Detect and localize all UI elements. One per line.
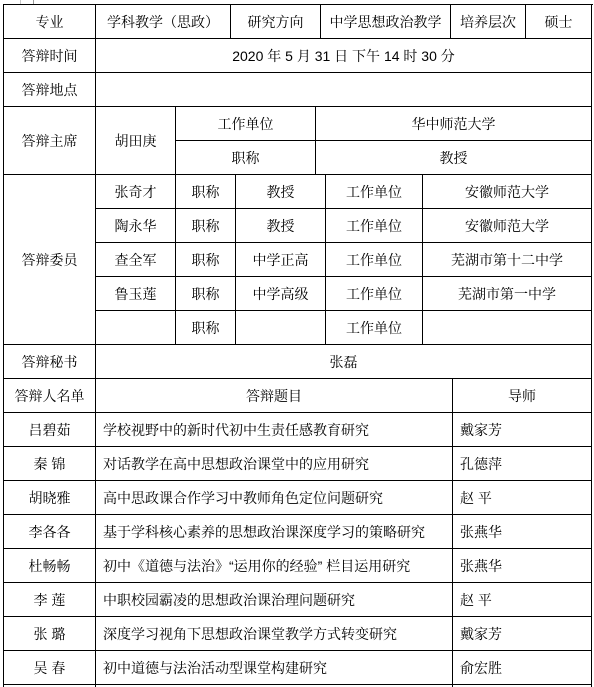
defense-arrangement-table: 专业 学科教学（思政） 研究方向 中学思想政治教学 培养层次 硕士 答辩时间 2…	[3, 4, 593, 687]
chairman-name-cell: 胡田庚	[96, 107, 176, 175]
list-header-name-cell: 答辩人名单	[4, 379, 96, 413]
member-workunit-label-cell: 工作单位	[326, 243, 423, 277]
member-workunit-value-cell	[423, 311, 592, 345]
member-title-label-cell: 职称	[176, 243, 236, 277]
member-title-label-cell: 职称	[176, 277, 236, 311]
advisor-name-cell: 俞宏胜	[453, 651, 592, 685]
list-header-topic-cell: 答辩题目	[96, 379, 453, 413]
level-label-cell: 培养层次	[451, 5, 526, 39]
member-workunit-label-cell: 工作单位	[326, 311, 423, 345]
student-name-cell: 李各各	[4, 515, 96, 549]
secretary-name-cell: 张磊	[96, 345, 592, 379]
defense-list-row: 胡晓雅 高中思政课合作学习中教师角色定位问题研究 赵 平	[4, 481, 593, 515]
student-name-cell: 吴 春	[4, 651, 96, 685]
advisor-name-cell: 赵 平	[453, 481, 592, 515]
secretary-row: 答辩秘书 张磊	[4, 345, 593, 379]
thesis-topic-cell: 初中《道德与法治》“运用你的经验” 栏目运用研究	[96, 549, 453, 583]
defense-list-row: 李各各 基于学科核心素养的思想政治课深度学习的策略研究 张燕华	[4, 515, 593, 549]
committee-member-row: 职称 工作单位	[96, 311, 592, 345]
advisor-name-cell: 戴家芳	[453, 413, 592, 447]
member-title-value-cell: 中学高级	[236, 277, 326, 311]
thesis-topic-cell: 基于学科核心素养的思想政治课深度学习的策略研究	[96, 515, 453, 549]
member-title-value-cell: 教授	[236, 175, 326, 209]
chairman-workunit-label-cell: 工作单位	[176, 107, 316, 141]
defense-list-row: 杜畅畅 初中《道德与法治》“运用你的经验” 栏目运用研究 张燕华	[4, 549, 593, 583]
member-workunit-value-cell: 芜湖市第十二中学	[423, 243, 592, 277]
chairman-title-label-cell: 职称	[176, 141, 316, 175]
major-value-cell: 学科教学（思政）	[96, 5, 231, 39]
thesis-topic-cell: 初中道德与法治活动型课堂构建研究	[96, 651, 453, 685]
member-workunit-label-cell: 工作单位	[326, 175, 423, 209]
committee-member-row: 张奇才 职称 教授 工作单位 安徽师范大学	[96, 175, 592, 209]
member-workunit-label-cell: 工作单位	[326, 209, 423, 243]
chairman-title-row: 职称 教授	[176, 141, 592, 175]
student-name-cell: 杜畅畅	[4, 549, 96, 583]
member-title-label-cell: 职称	[176, 175, 236, 209]
advisor-name-cell: 张燕华	[453, 549, 592, 583]
committee-member-row: 陶永华 职称 教授 工作单位 安徽师范大学	[96, 209, 592, 243]
defense-place-label-cell: 答辩地点	[4, 73, 96, 107]
student-name-cell: 李 莲	[4, 583, 96, 617]
defense-list-header-row: 答辩人名单 答辩题目 导师	[4, 379, 593, 413]
member-title-label-cell: 职称	[176, 209, 236, 243]
thesis-topic-cell: 对话教学在高中思想政治课堂中的应用研究	[96, 447, 453, 481]
committee-members-column: 张奇才 职称 教授 工作单位 安徽师范大学 陶永华 职称 教授 工作单位 安徽师…	[96, 175, 592, 345]
defense-time-value-cell: 2020 年 5 月 31 日 下午 14 时 30 分	[96, 39, 592, 73]
thesis-topic-cell: 中职校园霸凌的思想政治课治理问题研究	[96, 583, 453, 617]
advisor-name-cell: 孔德萍	[453, 447, 592, 481]
student-name-cell: 吕碧茹	[4, 413, 96, 447]
defense-place-row: 答辩地点	[4, 73, 593, 107]
member-workunit-value-cell: 安徽师范大学	[423, 175, 592, 209]
defense-list-row: 秦 锦 对话教学在高中思想政治课堂中的应用研究 孔德萍	[4, 447, 593, 481]
member-name-cell: 鲁玉莲	[96, 277, 176, 311]
spreadsheet-canvas: 专业 学科教学（思政） 研究方向 中学思想政治教学 培养层次 硕士 答辩时间 2…	[0, 0, 594, 687]
member-name-cell: 张奇才	[96, 175, 176, 209]
member-workunit-value-cell: 安徽师范大学	[423, 209, 592, 243]
secretary-label-cell: 答辩秘书	[4, 345, 96, 379]
meta-row: 专业 学科教学（思政） 研究方向 中学思想政治教学 培养层次 硕士	[4, 5, 593, 39]
direction-label-cell: 研究方向	[231, 5, 321, 39]
list-header-advisor-cell: 导师	[453, 379, 592, 413]
member-name-cell	[96, 311, 176, 345]
thesis-topic-cell: 深度学习视角下思想政治课堂教学方式转变研究	[96, 617, 453, 651]
defense-time-row: 答辩时间 2020 年 5 月 31 日 下午 14 时 30 分	[4, 39, 593, 73]
defense-place-value-cell	[96, 73, 592, 107]
student-name-cell: 秦 锦	[4, 447, 96, 481]
member-name-cell: 查全军	[96, 243, 176, 277]
committee-section: 答辩委员 张奇才 职称 教授 工作单位 安徽师范大学 陶永华 职称 教授 工作单…	[4, 175, 593, 345]
major-label-cell: 专业	[4, 5, 96, 39]
advisor-name-cell: 张燕华	[453, 515, 592, 549]
member-name-cell: 陶永华	[96, 209, 176, 243]
member-title-value-cell	[236, 311, 326, 345]
chairman-title-value-cell: 教授	[316, 141, 592, 175]
student-name-cell: 张 璐	[4, 617, 96, 651]
advisor-name-cell: 戴家芳	[453, 617, 592, 651]
member-title-value-cell: 中学正高	[236, 243, 326, 277]
defense-time-label-cell: 答辩时间	[4, 39, 96, 73]
thesis-topic-cell: 学校视野中的新时代初中生责任感教育研究	[96, 413, 453, 447]
chairman-workunit-row: 工作单位 华中师范大学	[176, 107, 592, 141]
defense-list-row: 李 莲 中职校园霸凌的思想政治课治理问题研究 赵 平	[4, 583, 593, 617]
committee-label-cell: 答辩委员	[4, 175, 96, 345]
member-workunit-label-cell: 工作单位	[326, 277, 423, 311]
chairman-detail-column: 工作单位 华中师范大学 职称 教授	[176, 107, 592, 175]
member-title-label-cell: 职称	[176, 311, 236, 345]
direction-value-cell: 中学思想政治教学	[321, 5, 451, 39]
committee-member-row: 查全军 职称 中学正高 工作单位 芜湖市第十二中学	[96, 243, 592, 277]
defense-list-row: 吴 春 初中道德与法治活动型课堂构建研究 俞宏胜	[4, 651, 593, 685]
level-value-cell: 硕士	[526, 5, 592, 39]
student-name-cell: 胡晓雅	[4, 481, 96, 515]
member-title-value-cell: 教授	[236, 209, 326, 243]
committee-member-row: 鲁玉莲 职称 中学高级 工作单位 芜湖市第一中学	[96, 277, 592, 311]
chairman-workunit-value-cell: 华中师范大学	[316, 107, 592, 141]
advisor-name-cell: 赵 平	[453, 583, 592, 617]
chairman-label-cell: 答辩主席	[4, 107, 96, 175]
member-workunit-value-cell: 芜湖市第一中学	[423, 277, 592, 311]
defense-list-row: 吕碧茹 学校视野中的新时代初中生责任感教育研究 戴家芳	[4, 413, 593, 447]
chairman-section: 答辩主席 胡田庚 工作单位 华中师范大学 职称 教授	[4, 107, 593, 175]
thesis-topic-cell: 高中思政课合作学习中教师角色定位问题研究	[96, 481, 453, 515]
defense-list-row: 张 璐 深度学习视角下思想政治课堂教学方式转变研究 戴家芳	[4, 617, 593, 651]
